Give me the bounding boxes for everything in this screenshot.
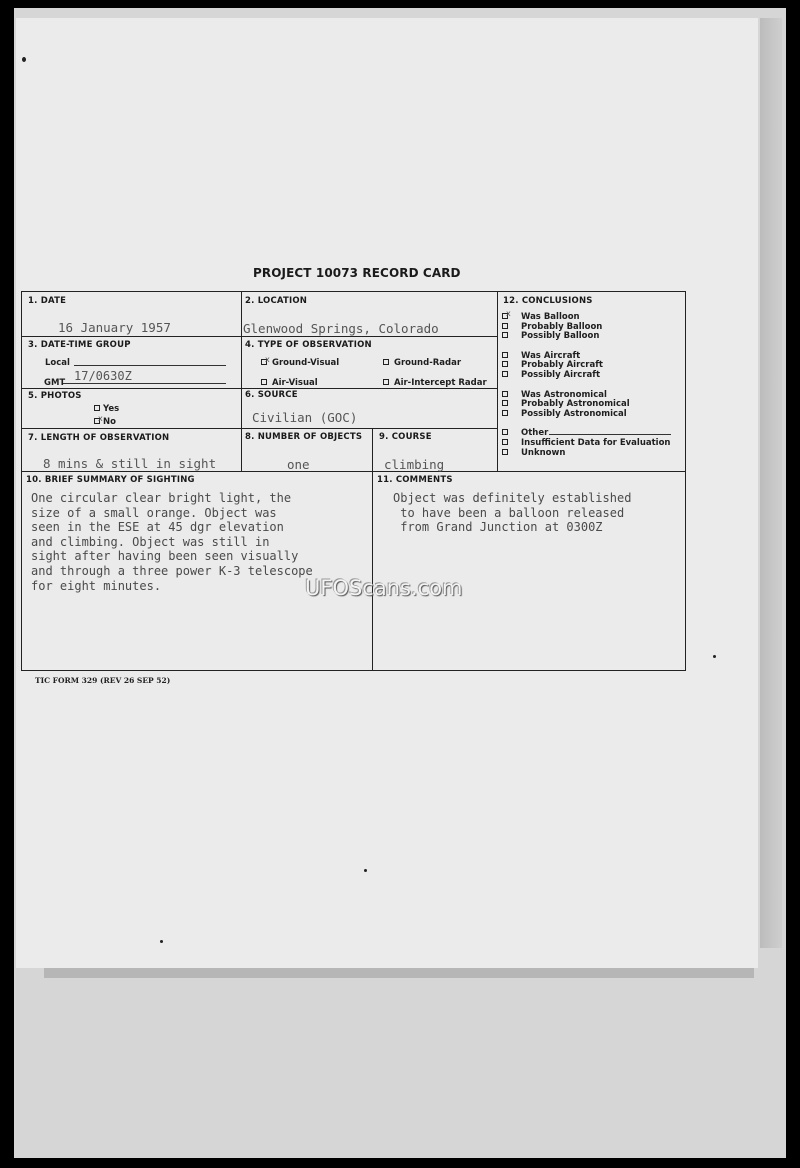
- checkbox-icon: [383, 379, 389, 385]
- type-of-observation-label: 4. TYPE OF OBSERVATION: [245, 340, 372, 350]
- local-time-field: [74, 356, 226, 366]
- checkbox-icon: [502, 410, 508, 416]
- conclusion-possibly-aircraft[interactable]: Possibly Aircraft: [502, 371, 671, 381]
- checkbox-icon: [502, 371, 508, 377]
- checkbox-icon: [502, 391, 508, 397]
- divider: [22, 428, 498, 429]
- brief-summary-label: 10. BRIEF SUMMARY OF SIGHTING: [26, 475, 195, 485]
- date-value: 16 January 1957: [58, 320, 171, 335]
- scan-speck: [713, 655, 716, 658]
- checkbox-icon: [502, 323, 508, 329]
- conclusions-list: Was Balloon Probably Balloon Possibly Ba…: [502, 313, 671, 458]
- comments-label: 11. COMMENTS: [377, 475, 453, 485]
- divider: [22, 471, 686, 472]
- page-shadow-right: [760, 18, 782, 948]
- checkbox-icon: [383, 359, 389, 365]
- checkbox-icon: [502, 429, 508, 435]
- scan-speck: [160, 940, 163, 943]
- card-title: PROJECT 10073 RECORD CARD: [253, 266, 461, 280]
- location-value: Glenwood Springs, Colorado: [243, 321, 439, 336]
- course-label: 9. COURSE: [379, 432, 432, 442]
- conclusion-unknown[interactable]: Unknown: [502, 449, 671, 459]
- source-value: Civilian (GOC): [252, 410, 357, 425]
- divider: [372, 428, 373, 670]
- checkbox-icon: [502, 361, 508, 367]
- comments-text: Object was definitely established to hav…: [393, 491, 631, 535]
- checkbox-icon: [502, 439, 508, 445]
- location-label: 2. LOCATION: [245, 296, 307, 306]
- conclusions-label: 12. CONCLUSIONS: [503, 296, 593, 306]
- divider: [22, 388, 498, 389]
- checkbox-icon: [261, 379, 267, 385]
- divider: [22, 336, 498, 337]
- local-label: Local: [45, 358, 70, 368]
- option-photos-yes[interactable]: Yes: [94, 404, 119, 414]
- conclusion-possibly-astronomical[interactable]: Possibly Astronomical: [502, 410, 671, 420]
- date-time-group-label: 3. DATE-TIME GROUP: [28, 340, 131, 350]
- gmt-value: 17/0630Z: [74, 369, 132, 383]
- checkbox-icon: [94, 405, 100, 411]
- checkbox-icon: [502, 449, 508, 455]
- checkbox-checked-icon: [502, 313, 508, 319]
- form-number: TIC FORM 329 (REV 26 SEP 52): [35, 676, 170, 685]
- option-air-visual[interactable]: Air-Visual: [261, 378, 318, 388]
- brief-summary-text: One circular clear bright light, thesize…: [31, 491, 313, 593]
- divider: [241, 292, 242, 472]
- length-of-observation-label: 7. LENGTH OF OBSERVATION: [28, 433, 169, 443]
- divider: [497, 292, 498, 472]
- number-of-objects-value: one: [287, 457, 310, 472]
- conclusion-possibly-balloon[interactable]: Possibly Balloon: [502, 332, 671, 342]
- photos-label: 5. PHOTOS: [28, 391, 82, 401]
- scan-speck: [364, 869, 367, 872]
- date-label: 1. DATE: [28, 296, 66, 306]
- checkbox-icon: [502, 352, 508, 358]
- option-ground-radar[interactable]: Ground-Radar: [383, 358, 461, 368]
- course-value: climbing: [384, 457, 444, 472]
- option-photos-no[interactable]: No: [94, 417, 116, 427]
- watermark: UFOScans.com: [305, 576, 463, 600]
- checkbox-checked-icon: [261, 359, 267, 365]
- checkbox-icon: [502, 332, 508, 338]
- option-air-intercept-radar[interactable]: Air-Intercept Radar: [383, 378, 487, 388]
- scan-speck: [22, 57, 26, 62]
- source-label: 6. SOURCE: [245, 390, 298, 400]
- length-of-observation-value: 8 mins & still in sight: [43, 456, 216, 471]
- checkbox-icon: [502, 400, 508, 406]
- number-of-objects-label: 8. NUMBER OF OBJECTS: [245, 432, 362, 442]
- checkbox-checked-icon: [94, 418, 100, 424]
- option-ground-visual[interactable]: Ground-Visual: [261, 358, 339, 368]
